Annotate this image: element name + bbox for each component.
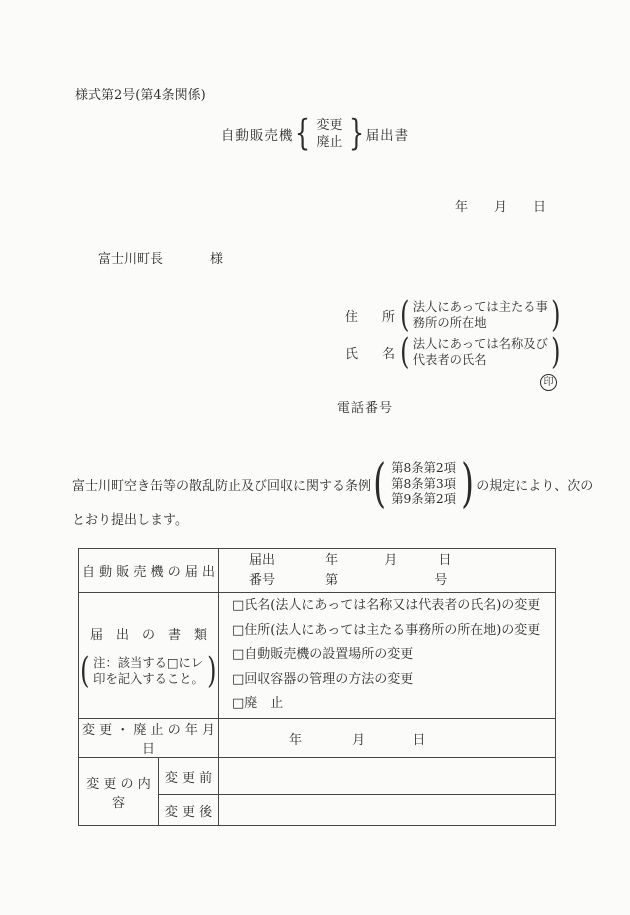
notif-month-label: 月 <box>384 551 397 571</box>
documents-label-cell: 届 出 の 書 類 ( 注：該当する□にレ 印を記入すること。 ) <box>79 593 219 719</box>
checkbox-item: □自動販売機の設置場所の変更 <box>232 643 555 668</box>
change-year-label: 年 <box>289 729 302 748</box>
checkbox-icon: □ <box>232 668 244 693</box>
name-label: 氏 名 <box>337 343 395 362</box>
form-table: 自 動 販 売 機 の 届 出 届出 年 月 日 番号 第 号 届 出 の 書 … <box>78 548 556 826</box>
date-year-label: 年 <box>455 196 468 215</box>
documents-note: ( 注：該当する□にレ 印を記入すること。 ) <box>79 656 217 687</box>
table-row-notification: 自 動 販 売 機 の 届 出 届出 年 月 日 番号 第 号 <box>79 549 556 593</box>
body-line1: 富士川町空き缶等の散乱防止及び回収に関する条例 ( 第8条第2項 第8条第3項 … <box>72 461 592 508</box>
name-label-a: 氏 <box>345 343 358 362</box>
addressee-name: 富士川町長 <box>98 252 163 267</box>
address-label: 住 所 <box>337 306 395 325</box>
documents-note-text: 注：該当する□にレ 印を記入すること。 <box>91 656 206 687</box>
address-note: 法人にあっては主たる事 務所の所在地 <box>411 300 550 331</box>
title-option-abolish: 廃止 <box>316 134 342 151</box>
ordinance-text: 富士川町空き缶等の散乱防止及び回収に関する条例 <box>72 475 371 494</box>
after-change-value-cell <box>219 795 556 826</box>
clause-item: 第8条第2項 <box>391 461 456 477</box>
form-number: 様式第2号(第4条関係) <box>75 84 206 103</box>
checkbox-icon: □ <box>232 692 244 717</box>
checkbox-item: □回収容器の管理の方法の変更 <box>232 668 555 693</box>
change-month-label: 月 <box>352 729 365 748</box>
before-change-value-cell <box>219 758 556 795</box>
change-date-label-cell: 変 更 ・ 廃 止 の 年 月 日 <box>79 719 219 758</box>
title-prefix: 自動販売機 <box>221 124 294 144</box>
before-change-label-cell: 変 更 前 <box>159 758 219 795</box>
checkbox-label: 氏名(法人にあっては名称又は代表者の氏名)の変更 <box>244 598 540 613</box>
left-paren-icon: ( <box>81 654 90 689</box>
after-change-label-cell: 変 更 後 <box>159 795 219 826</box>
address-row: 住 所 ( 法人にあっては主たる事 務所の所在地 ) <box>337 300 567 331</box>
checkbox-icon: □ <box>232 594 244 619</box>
checkbox-item: □廃 止 <box>232 692 555 717</box>
notif-label: 届出 <box>249 551 275 571</box>
name-note: 法人にあっては名称及び 代表者の氏名 <box>411 337 550 368</box>
notification-number-line: 番号 第 号 <box>219 571 555 591</box>
change-content-label-cell: 変 更 の 内 容 <box>79 758 159 826</box>
name-note-line2: 代表者の氏名 <box>413 353 548 369</box>
change-day-label: 日 <box>412 729 425 748</box>
applicant-block: 住 所 ( 法人にあっては主たる事 務所の所在地 ) 氏 名 ( 法人にあっては… <box>337 300 567 416</box>
body-paragraph: 富士川町空き缶等の散乱防止及び回収に関する条例 ( 第8条第2項 第8条第3項 … <box>72 461 592 528</box>
clause-item: 第8条第3項 <box>391 477 456 493</box>
left-paren-icon: ( <box>373 458 386 511</box>
left-paren-icon: ( <box>400 298 409 333</box>
document-title: 自動販売機 { 変更 廃止 } 届出書 <box>0 117 630 151</box>
title-suffix: 届出書 <box>366 124 410 144</box>
address-note-line2: 務所の所在地 <box>413 316 548 332</box>
table-row-change-before: 変 更 の 内 容 変 更 前 <box>79 758 556 795</box>
address-label-b: 所 <box>382 306 395 325</box>
clause-list: 第8条第2項 第8条第3項 第9条第2項 <box>388 461 459 508</box>
title-option-change: 変更 <box>316 117 342 134</box>
checkbox-label: 住所(法人にあっては主たる事務所の所在地)の変更 <box>244 623 540 638</box>
date-line: 年 月 日 <box>455 196 546 215</box>
checkbox-label: 自動販売機の設置場所の変更 <box>244 647 413 662</box>
seal-icon: 印 <box>540 374 557 391</box>
name-row: 氏 名 ( 法人にあっては名称及び 代表者の氏名 ) <box>337 337 567 368</box>
right-curly-brace-icon: } <box>348 116 363 151</box>
note-line1: 注：該当する□にレ <box>93 656 204 672</box>
notification-date-line: 届出 年 月 日 <box>219 551 555 571</box>
name-label-b: 名 <box>382 343 395 362</box>
seal-row: 印 <box>337 374 567 394</box>
title-options: 変更 廃止 <box>312 117 346 151</box>
right-paren-icon: ) <box>207 654 216 689</box>
address-label-a: 住 <box>345 306 358 325</box>
right-paren-icon: ) <box>461 458 474 511</box>
note-line2: 印を記入すること。 <box>93 672 204 688</box>
clause-item: 第9条第2項 <box>391 492 456 508</box>
table-row-date: 変 更 ・ 廃 止 の 年 月 日 年 月 日 <box>79 719 556 758</box>
table-row-documents: 届 出 の 書 類 ( 注：該当する□にレ 印を記入すること。 ) □氏名(法人… <box>79 593 556 719</box>
checkbox-label: 回収容器の管理の方法の変更 <box>244 672 413 687</box>
addressee-line: 富士川町長様 <box>98 248 223 267</box>
left-curly-brace-icon: { <box>295 116 310 151</box>
regulation-text: の規定により、次の <box>476 475 593 494</box>
left-paren-icon: ( <box>400 335 409 370</box>
name-note-line1: 法人にあっては名称及び <box>413 337 548 353</box>
checkbox-item: □氏名(法人にあっては名称又は代表者の氏名)の変更 <box>232 594 555 619</box>
notif-year-label: 年 <box>325 551 338 571</box>
checkbox-icon: □ <box>232 643 244 668</box>
checkbox-list: □氏名(法人にあっては名称又は代表者の氏名)の変更 □住所(法人にあっては主たる… <box>219 594 555 717</box>
number-label: 番号 <box>249 571 275 591</box>
checkbox-icon: □ <box>232 619 244 644</box>
documents-label: 届 出 の 書 類 <box>79 624 218 643</box>
address-note-line1: 法人にあっては主たる事 <box>413 300 548 316</box>
change-date-value-cell: 年 月 日 <box>219 719 556 758</box>
addressee-honorific: 様 <box>210 252 223 267</box>
checkbox-label: 廃 止 <box>244 696 283 711</box>
documents-options-cell: □氏名(法人にあっては名称又は代表者の氏名)の変更 □住所(法人にあっては主たる… <box>219 593 556 719</box>
number-suffix: 号 <box>434 571 447 591</box>
right-paren-icon: ) <box>551 298 560 333</box>
checkbox-item: □住所(法人にあっては主たる事務所の所在地)の変更 <box>232 619 555 644</box>
phone-label: 電話番号 <box>337 397 567 416</box>
notification-label-cell: 自 動 販 売 機 の 届 出 <box>79 549 219 593</box>
date-day-label: 日 <box>533 196 546 215</box>
date-month-label: 月 <box>494 196 507 215</box>
notif-day-label: 日 <box>438 551 451 571</box>
notification-number-cell: 届出 年 月 日 番号 第 号 <box>219 549 556 593</box>
number-prefix: 第 <box>325 571 338 591</box>
right-paren-icon: ) <box>551 335 560 370</box>
document-page: 様式第2号(第4条関係) 自動販売機 { 変更 廃止 } 届出書 年 月 日 富… <box>0 0 630 915</box>
body-line2: とおり提出します。 <box>72 509 592 528</box>
